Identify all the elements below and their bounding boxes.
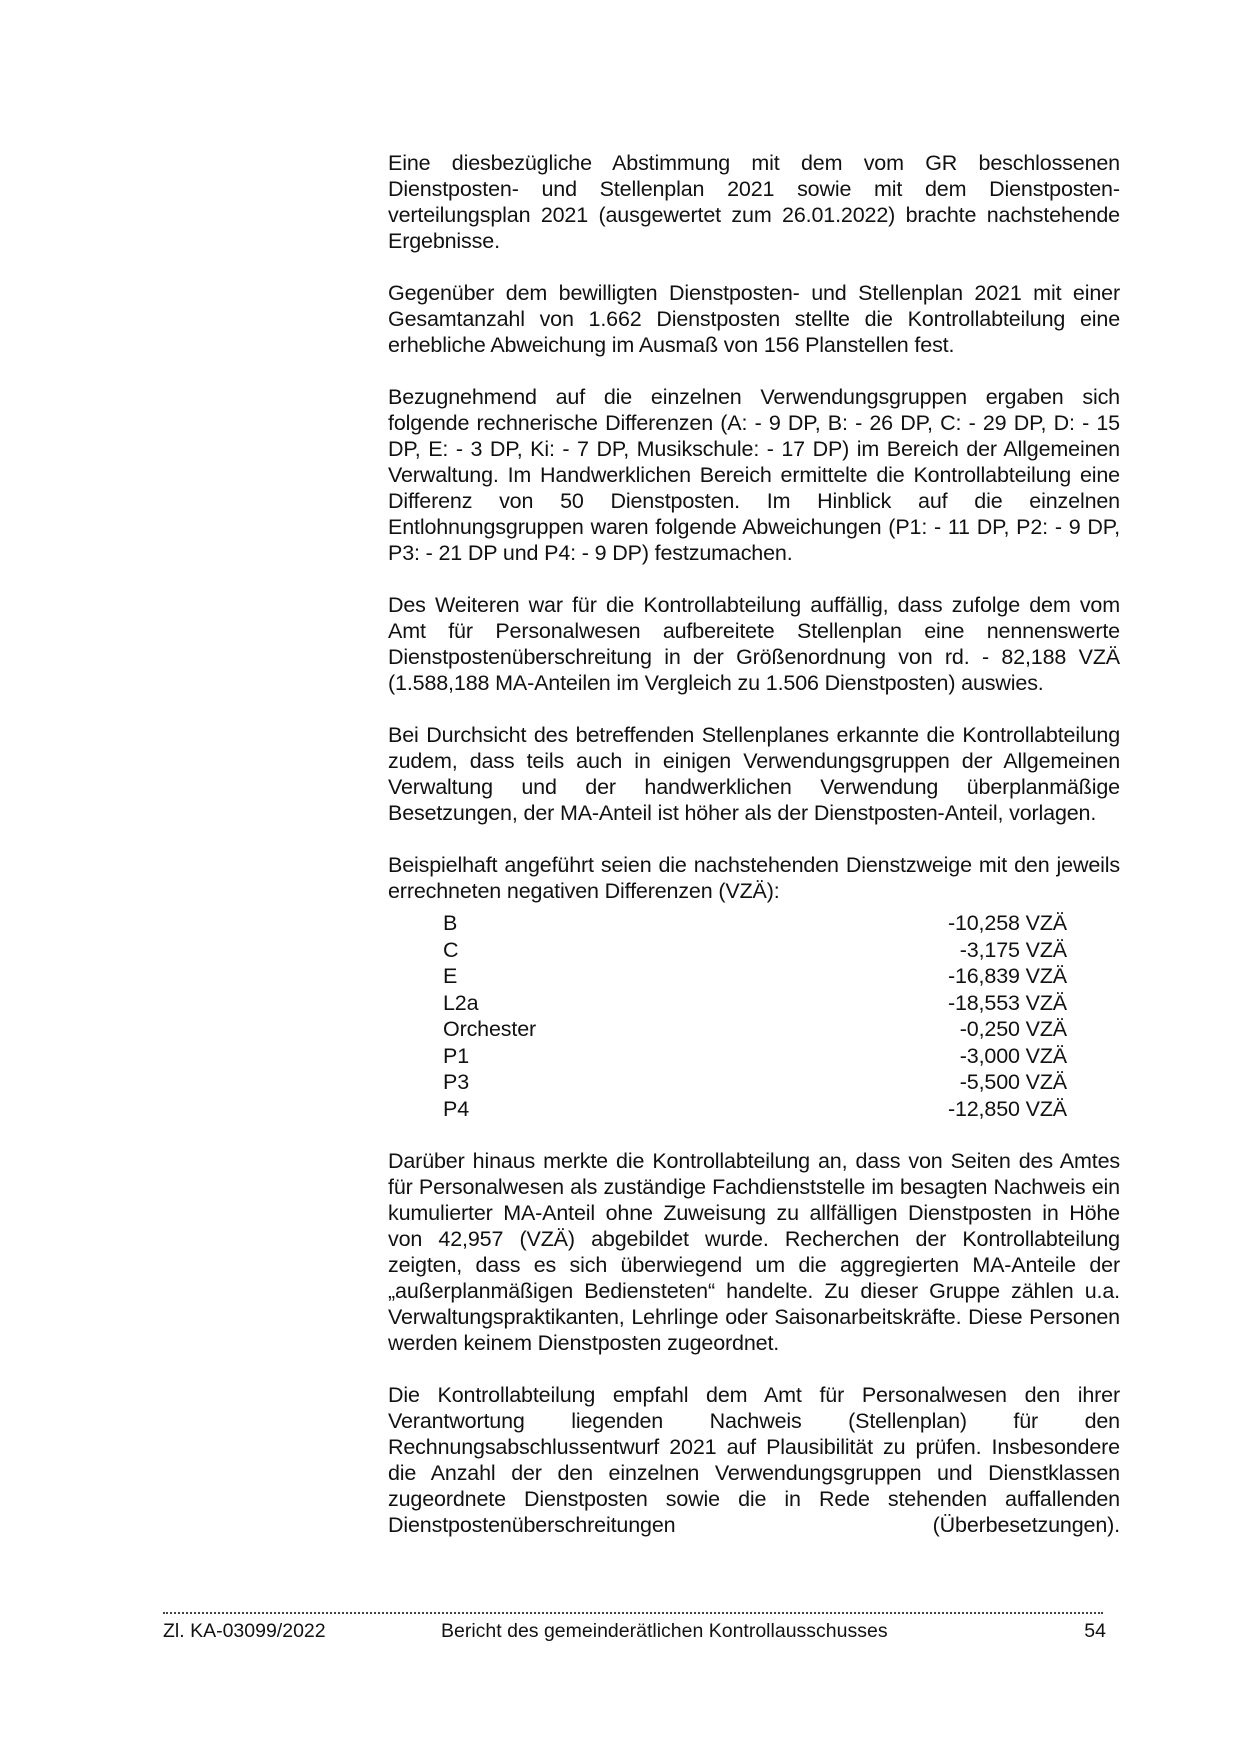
paragraph-abstimmung: Eine diesbezügliche Abstimmung mit dem v…	[388, 150, 1120, 254]
table-cell-value: -3,175 VZÄ	[960, 937, 1067, 964]
table-row: P4 -12,850 VZÄ	[443, 1096, 1067, 1123]
body-text: Eine diesbezügliche Abstimmung mit dem v…	[388, 150, 1120, 1538]
table-cell-label: P4	[443, 1096, 469, 1123]
table-row: C -3,175 VZÄ	[443, 937, 1067, 964]
page-number: 54	[1084, 1618, 1106, 1644]
table-cell-value: -18,553 VZÄ	[948, 990, 1067, 1017]
table-cell-label: C	[443, 937, 458, 964]
table-row: Orchester -0,250 VZÄ	[443, 1016, 1067, 1043]
page-footer: Zl. KA-03099/2022 Bericht des gemeinderä…	[163, 1618, 1106, 1644]
footer-divider	[163, 1612, 1103, 1614]
table-cell-label: L2a	[443, 990, 478, 1017]
table-cell-label: B	[443, 910, 457, 937]
table-row: L2a -18,553 VZÄ	[443, 990, 1067, 1017]
footer-reference: Zl. KA-03099/2022	[163, 1618, 326, 1644]
paragraph-verwendungsgruppen-differenzen: Bezugnehmend auf die einzelnen Verwendun…	[388, 384, 1120, 566]
table-cell-value: -0,250 VZÄ	[960, 1016, 1067, 1043]
paragraph-empfehlung: Die Kontrollabteilung empfahl dem Amt fü…	[388, 1382, 1120, 1538]
paragraph-table-intro: Beispielhaft angeführt seien die nachste…	[388, 852, 1120, 904]
table-row: B -10,258 VZÄ	[443, 910, 1067, 937]
differences-table: B -10,258 VZÄ C -3,175 VZÄ E -16,839 VZÄ…	[443, 910, 1067, 1122]
paragraph-ueberplanmaessige-besetzungen: Bei Durchsicht des betreffenden Stellenp…	[388, 722, 1120, 826]
table-cell-label: E	[443, 963, 457, 990]
footer-title: Bericht des gemeinderätlichen Kontrollau…	[441, 1618, 888, 1644]
table-cell-label: P1	[443, 1043, 469, 1070]
table-cell-value: -10,258 VZÄ	[948, 910, 1067, 937]
table-cell-value: -5,500 VZÄ	[960, 1069, 1067, 1096]
document-page: Eine diesbezügliche Abstimmung mit dem v…	[0, 0, 1241, 1754]
paragraph-abweichung-planstellen: Gegenüber dem bewilligten Dienstposten- …	[388, 280, 1120, 358]
table-cell-label: P3	[443, 1069, 469, 1096]
table-row: E -16,839 VZÄ	[443, 963, 1067, 990]
table-row: P3 -5,500 VZÄ	[443, 1069, 1067, 1096]
paragraph-dienstpostenueberschreitung: Des Weiteren war für die Kontrollabteilu…	[388, 592, 1120, 696]
table-cell-value: -3,000 VZÄ	[960, 1043, 1067, 1070]
table-cell-label: Orchester	[443, 1016, 536, 1043]
paragraph-ausserplanmaessige-bedienstete: Darüber hinaus merkte die Kontrollabteil…	[388, 1148, 1120, 1356]
table-cell-value: -16,839 VZÄ	[948, 963, 1067, 990]
table-row: P1 -3,000 VZÄ	[443, 1043, 1067, 1070]
table-cell-value: -12,850 VZÄ	[948, 1096, 1067, 1123]
